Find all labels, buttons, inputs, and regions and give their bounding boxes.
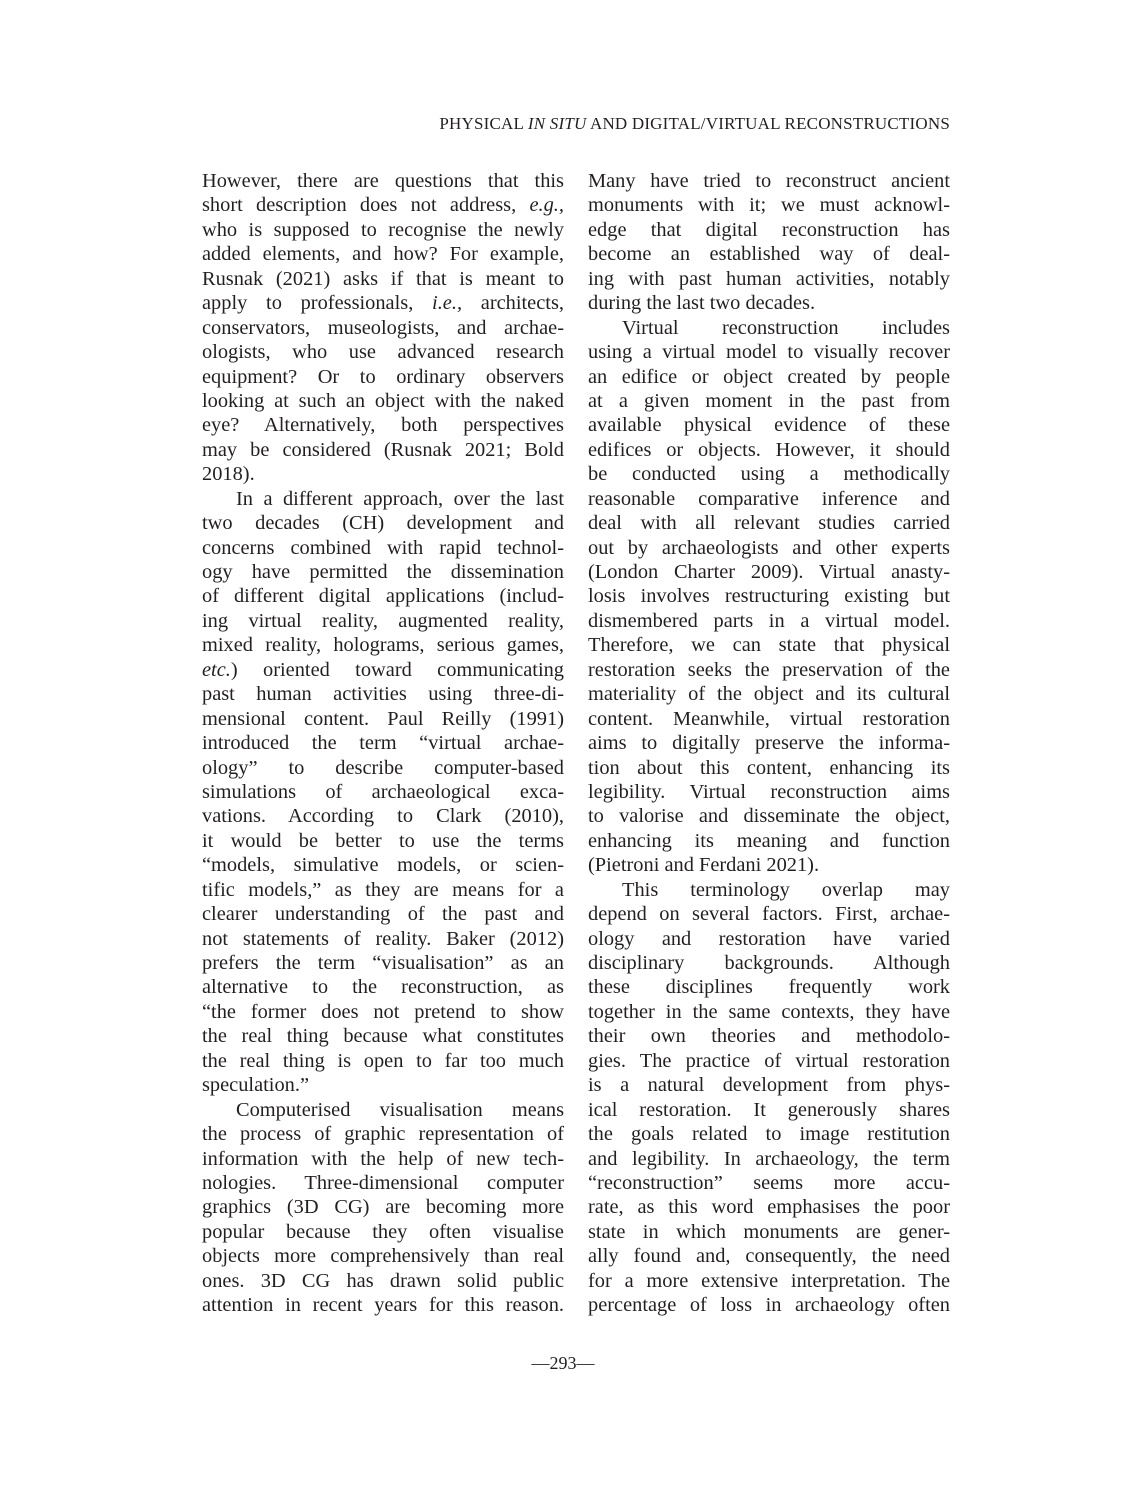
text-line: However, there are questions that this — [202, 169, 564, 193]
text-line: ones. 3D CG has drawn solid public — [202, 1269, 564, 1293]
text-line: apply to professionals, i.e., architects… — [202, 291, 564, 315]
text-line: out by archaeologists and other experts — [588, 536, 950, 560]
text-line: nologies. Three-dimensional computer — [202, 1171, 564, 1195]
running-head-pre: PHYSICAL — [439, 114, 528, 133]
text-line: aims to digitally preserve the informa- — [588, 731, 950, 755]
text-line: introduced the term “virtual archae- — [202, 731, 564, 755]
text-line: graphics (3D CG) are becoming more — [202, 1195, 564, 1219]
text-line: simulations of archaeological exca- — [202, 780, 564, 804]
text-line: ogy have permitted the dissemination — [202, 560, 564, 584]
text-line: during the last two decades. — [588, 291, 950, 315]
text-line: popular because they often visualise — [202, 1220, 564, 1244]
text-line: conservators, museologists, and archae- — [202, 316, 564, 340]
text-line: at a given moment in the past from — [588, 389, 950, 413]
text-line: objects more comprehensively than real — [202, 1244, 564, 1268]
text-line: equipment? Or to ordinary observers — [202, 365, 564, 389]
text-line: tific models,” as they are means for a — [202, 878, 564, 902]
text-line: This terminology overlap may — [588, 878, 950, 902]
text-line: of different digital applications (inclu… — [202, 584, 564, 608]
text-line: using a virtual model to visually recove… — [588, 340, 950, 364]
text-line: ing with past human activities, notably — [588, 267, 950, 291]
text-line: materiality of the object and its cultur… — [588, 682, 950, 706]
text-line: losis involves restructuring existing bu… — [588, 584, 950, 608]
running-head-post: AND DIGITAL/VIRTUAL RECONSTRUCTIONS — [586, 114, 950, 133]
text-line: it would be better to use the terms — [202, 829, 564, 853]
text-line: two decades (CH) development and — [202, 511, 564, 535]
text-line: not statements of reality. Baker (2012) — [202, 927, 564, 951]
text-line: enhancing its meaning and function — [588, 829, 950, 853]
text-line: depend on several factors. First, archae… — [588, 902, 950, 926]
text-line: mixed reality, holograms, serious games, — [202, 633, 564, 657]
text-line: looking at such an object with the naked — [202, 389, 564, 413]
text-line: Rusnak (2021) asks if that is meant to — [202, 267, 564, 291]
text-line: gies. The practice of virtual restoratio… — [588, 1049, 950, 1073]
text-line: become an established way of deal- — [588, 242, 950, 266]
right-column: Many have tried to reconstruct ancientmo… — [588, 169, 950, 1318]
text-line: reasonable comparative inference and — [588, 487, 950, 511]
text-line: the real thing is open to far too much — [202, 1049, 564, 1073]
text-line: (Pietroni and Ferdani 2021). — [588, 853, 950, 877]
text-line: the goals related to image restitution — [588, 1122, 950, 1146]
text-line: dismembered parts in a virtual model. — [588, 609, 950, 633]
text-line: to valorise and disseminate the object, — [588, 804, 950, 828]
text-line: (London Charter 2009). Virtual anasty- — [588, 560, 950, 584]
text-line: edge that digital reconstruction has — [588, 218, 950, 242]
text-line: Computerised visualisation means — [202, 1098, 564, 1122]
text-line: an edifice or object created by people — [588, 365, 950, 389]
text-line: restoration seeks the preservation of th… — [588, 658, 950, 682]
text-line: Many have tried to reconstruct ancient — [588, 169, 950, 193]
text-line: In a different approach, over the last — [202, 487, 564, 511]
text-line: speculation.” — [202, 1073, 564, 1097]
text-line: deal with all relevant studies carried — [588, 511, 950, 535]
text-line: ology and restoration have varied — [588, 927, 950, 951]
text-line: ally found and, consequently, the need — [588, 1244, 950, 1268]
text-line: their own theories and methodolo- — [588, 1024, 950, 1048]
page-number: —293— — [0, 1353, 1126, 1374]
text-line: clearer understanding of the past and — [202, 902, 564, 926]
text-line: added elements, and how? For example, — [202, 242, 564, 266]
text-line: together in the same contexts, they have — [588, 1000, 950, 1024]
text-line: disciplinary backgrounds. Although — [588, 951, 950, 975]
text-line: percentage of loss in archaeology often — [588, 1293, 950, 1317]
text-line: is a natural development from phys- — [588, 1073, 950, 1097]
text-line: prefers the term “visualisation” as an — [202, 951, 564, 975]
text-line: vations. According to Clark (2010), — [202, 804, 564, 828]
text-line: ologists, who use advanced research — [202, 340, 564, 364]
text-line: 2018). — [202, 462, 564, 486]
text-line: available physical evidence of these — [588, 413, 950, 437]
text-line: monuments with it; we must acknowl- — [588, 193, 950, 217]
text-line: for a more extensive interpretation. The — [588, 1269, 950, 1293]
text-line: alternative to the reconstruction, as — [202, 975, 564, 999]
text-line: who is supposed to recognise the newly — [202, 218, 564, 242]
text-line: Therefore, we can state that physical — [588, 633, 950, 657]
text-line: “the former does not pretend to show — [202, 1000, 564, 1024]
text-line: may be considered (Rusnak 2021; Bold — [202, 438, 564, 462]
text-line: these disciplines frequently work — [588, 975, 950, 999]
text-line: mensional content. Paul Reilly (1991) — [202, 707, 564, 731]
text-line: concerns combined with rapid technol- — [202, 536, 564, 560]
text-line: attention in recent years for this reaso… — [202, 1293, 564, 1317]
running-head-italic: IN SITU — [528, 114, 587, 133]
text-line: the real thing because what constitutes — [202, 1024, 564, 1048]
left-column: However, there are questions that thissh… — [202, 169, 564, 1318]
text-line: tion about this content, enhancing its — [588, 756, 950, 780]
text-line: edifices or objects. However, it should — [588, 438, 950, 462]
text-line: ology” to describe computer-based — [202, 756, 564, 780]
text-line: eye? Alternatively, both perspectives — [202, 413, 564, 437]
text-line: short description does not address, e.g.… — [202, 193, 564, 217]
text-line: rate, as this word emphasises the poor — [588, 1195, 950, 1219]
text-line: legibility. Virtual reconstruction aims — [588, 780, 950, 804]
text-line: “models, simulative models, or scien- — [202, 853, 564, 877]
text-line: ing virtual reality, augmented reality, — [202, 609, 564, 633]
text-line: state in which monuments are gener- — [588, 1220, 950, 1244]
text-line: ical restoration. It generously shares — [588, 1098, 950, 1122]
text-line: past human activities using three-di- — [202, 682, 564, 706]
text-line: “reconstruction” seems more accu- — [588, 1171, 950, 1195]
text-line: information with the help of new tech- — [202, 1147, 564, 1171]
text-line: etc.) oriented toward communicating — [202, 658, 564, 682]
text-line: Virtual reconstruction includes — [588, 316, 950, 340]
running-head: PHYSICAL IN SITU AND DIGITAL/VIRTUAL REC… — [439, 114, 950, 134]
text-line: the process of graphic representation of — [202, 1122, 564, 1146]
text-line: and legibility. In archaeology, the term — [588, 1147, 950, 1171]
text-line: content. Meanwhile, virtual restoration — [588, 707, 950, 731]
text-line: be conducted using a methodically — [588, 462, 950, 486]
